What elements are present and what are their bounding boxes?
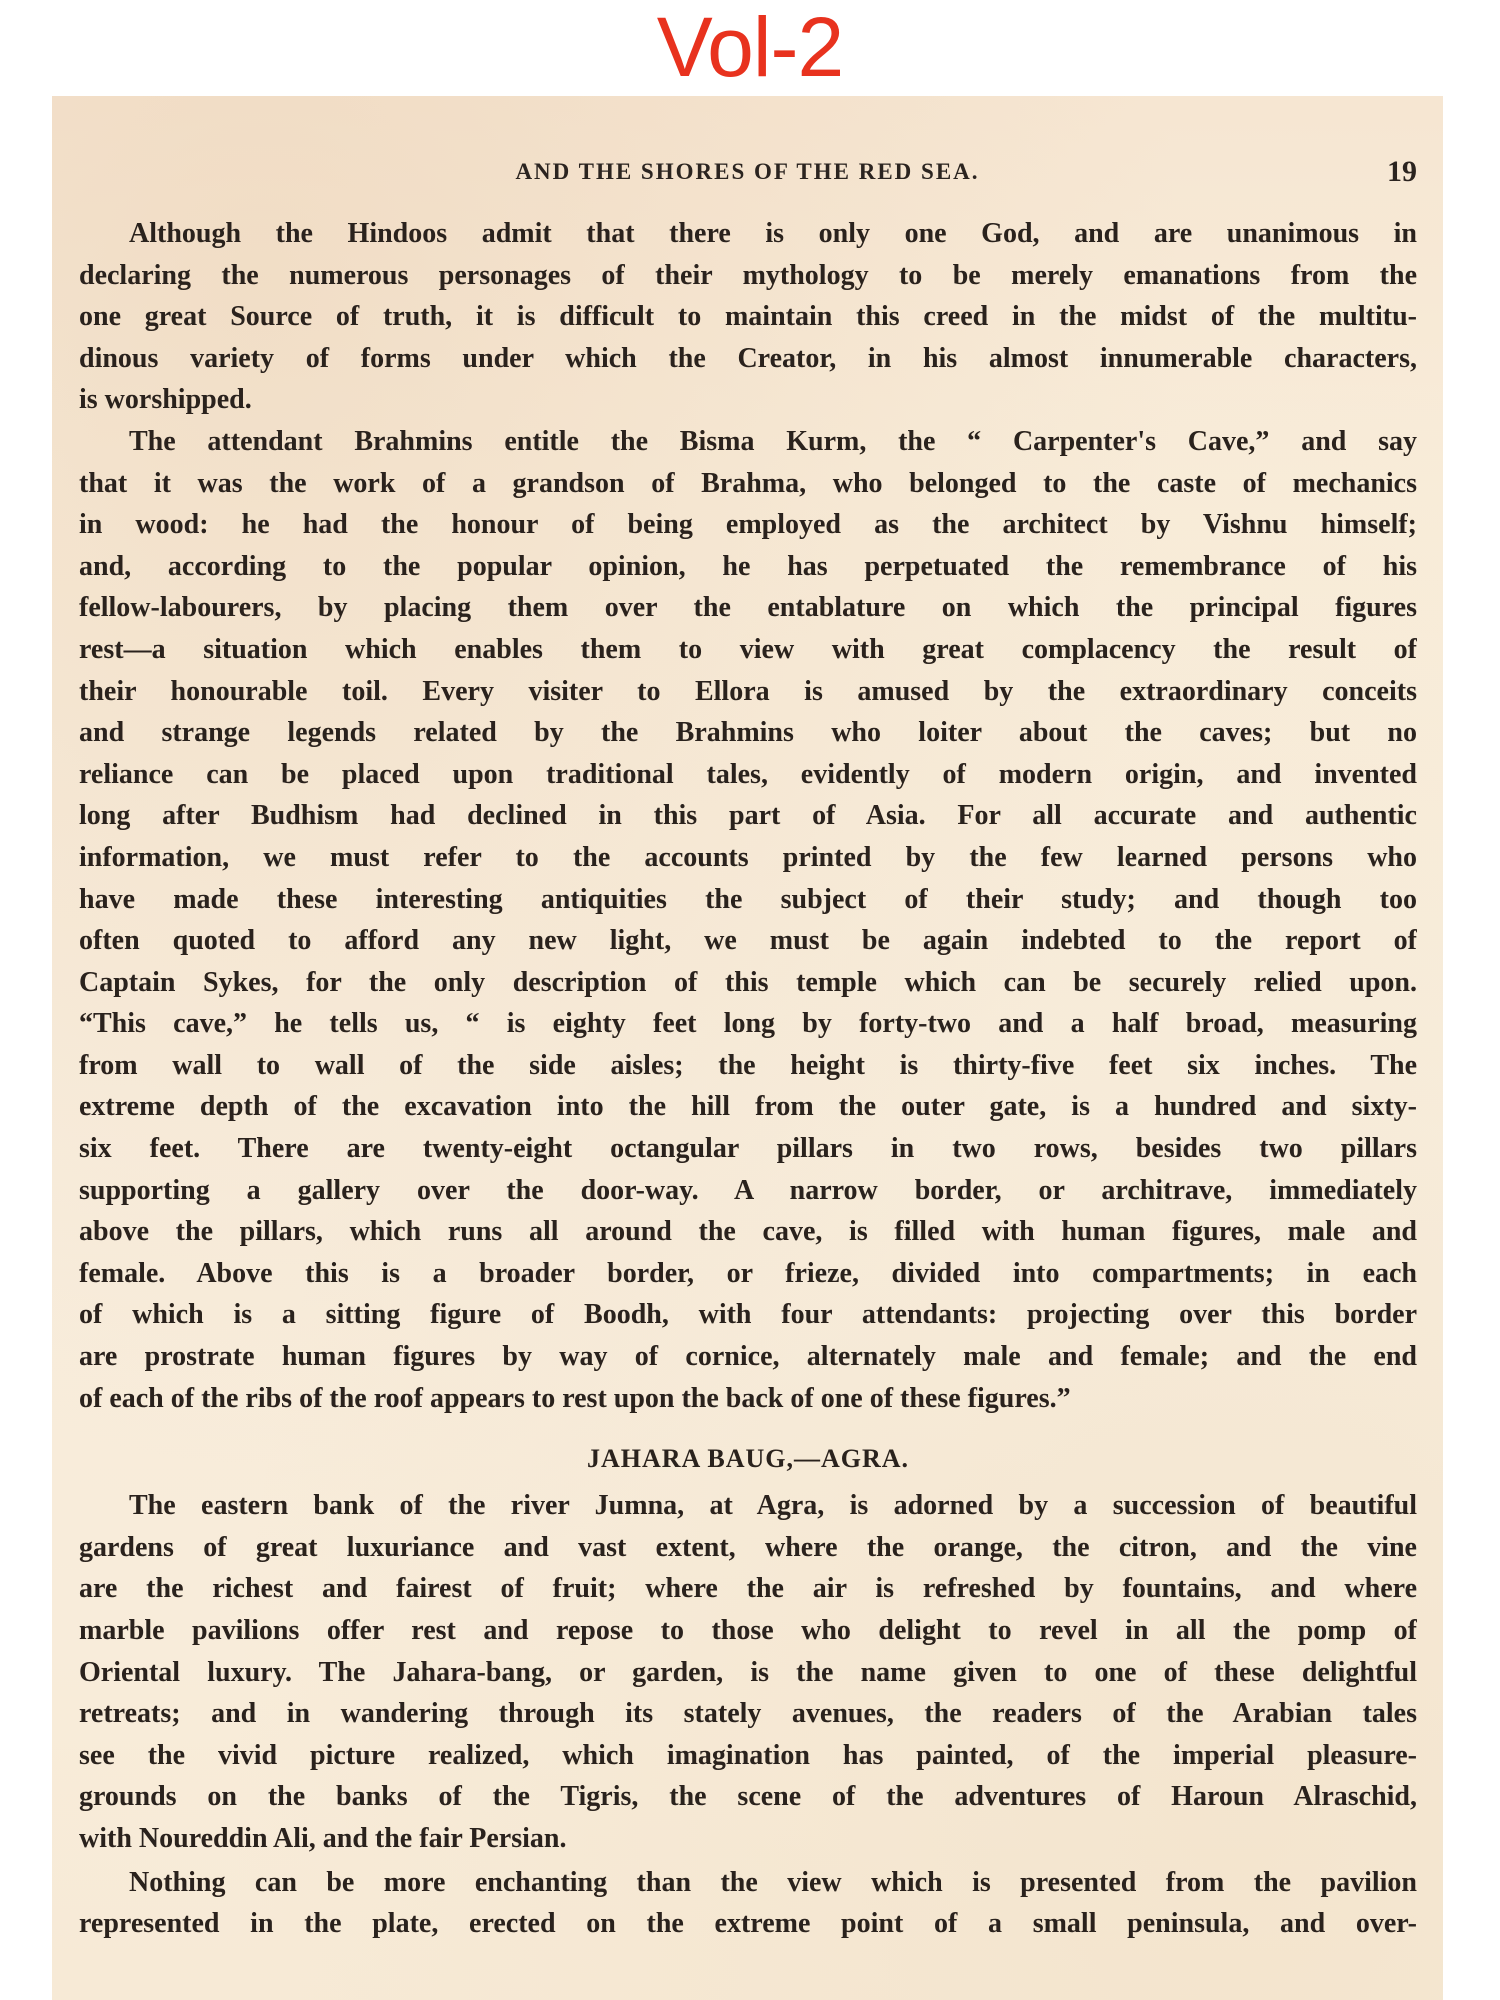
text-line: are the richest and fairest of fruit; wh… — [79, 1568, 1417, 1610]
text-line: from wall to wall of the side aisles; th… — [79, 1045, 1417, 1087]
text-line: information, we must refer to the accoun… — [79, 837, 1417, 879]
section-heading: JAHARA BAUG,—AGRA. — [79, 1429, 1417, 1481]
paragraph: The eastern bank of the river Jumna, at … — [79, 1485, 1417, 1859]
page-number: 19 — [1387, 152, 1417, 192]
text-line: Captain Sykes, for the only description … — [79, 962, 1417, 1004]
text-line: reliance can be placed upon traditional … — [79, 754, 1417, 796]
paragraph: Nothing can be more enchanting than the … — [79, 1862, 1417, 1945]
text-line: “This cave,” he tells us, “ is eighty fe… — [79, 1003, 1417, 1045]
text-line: retreats; and in wandering through its s… — [79, 1693, 1417, 1735]
text-line: female. Above this is a broader border, … — [79, 1253, 1417, 1295]
text-line: long after Budhism had declined in this … — [79, 795, 1417, 837]
text-line: one great Source of truth, it is difficu… — [79, 296, 1417, 338]
text-line: that it was the work of a grandson of Br… — [79, 463, 1417, 505]
text-line: The eastern bank of the river Jumna, at … — [79, 1485, 1417, 1527]
text-line: dinous variety of forms under which the … — [79, 338, 1417, 380]
volume-label: Vol-2 — [0, 2, 1500, 92]
paragraph: Although the Hindoos admit that there is… — [79, 213, 1417, 421]
text-line: fellow-labourers, by placing them over t… — [79, 587, 1417, 629]
text-line: are prostrate human figures by way of co… — [79, 1336, 1417, 1378]
text-line: and strange legends related by the Brahm… — [79, 712, 1417, 754]
text-line: have made these interesting antiquities … — [79, 879, 1417, 921]
text-line: grounds on the banks of the Tigris, the … — [79, 1776, 1417, 1818]
running-title: AND THE SHORES OF THE RED SEA. — [52, 152, 1443, 192]
text-line: see the vivid picture realized, which im… — [79, 1735, 1417, 1777]
text-line: often quoted to afford any new light, we… — [79, 920, 1417, 962]
text-line: their honourable toil. Every visiter to … — [79, 671, 1417, 713]
body-text: Although the Hindoos admit that there is… — [79, 213, 1417, 1945]
text-line: six feet. There are twenty-eight octangu… — [79, 1128, 1417, 1170]
text-line: Oriental luxury. The Jahara-bang, or gar… — [79, 1652, 1417, 1694]
text-line: gardens of great luxuriance and vast ext… — [79, 1527, 1417, 1569]
text-line: of each of the ribs of the roof appears … — [79, 1378, 1417, 1420]
text-line: above the pillars, which runs all around… — [79, 1211, 1417, 1253]
text-line: rest—a situation which enables them to v… — [79, 629, 1417, 671]
text-line: marble pavilions offer rest and repose t… — [79, 1610, 1417, 1652]
text-line: and, according to the popular opinion, h… — [79, 546, 1417, 588]
text-line: Nothing can be more enchanting than the … — [79, 1862, 1417, 1904]
text-line: with Noureddin Ali, and the fair Persian… — [79, 1818, 1417, 1860]
text-line: extreme depth of the excavation into the… — [79, 1086, 1417, 1128]
paragraph: The attendant Brahmins entitle the Bisma… — [79, 421, 1417, 1419]
text-line: is worshipped. — [79, 379, 1417, 421]
text-line: of which is a sitting figure of Boodh, w… — [79, 1294, 1417, 1336]
text-line: in wood: he had the honour of being empl… — [79, 504, 1417, 546]
text-line: represented in the plate, erected on the… — [79, 1903, 1417, 1945]
text-line: declaring the numerous personages of the… — [79, 255, 1417, 297]
text-line: supporting a gallery over the door-way. … — [79, 1170, 1417, 1212]
book-page: AND THE SHORES OF THE RED SEA. 19 Althou… — [52, 96, 1443, 2000]
text-line: Although the Hindoos admit that there is… — [79, 213, 1417, 255]
running-head: AND THE SHORES OF THE RED SEA. 19 — [52, 152, 1443, 192]
text-line: The attendant Brahmins entitle the Bisma… — [79, 421, 1417, 463]
